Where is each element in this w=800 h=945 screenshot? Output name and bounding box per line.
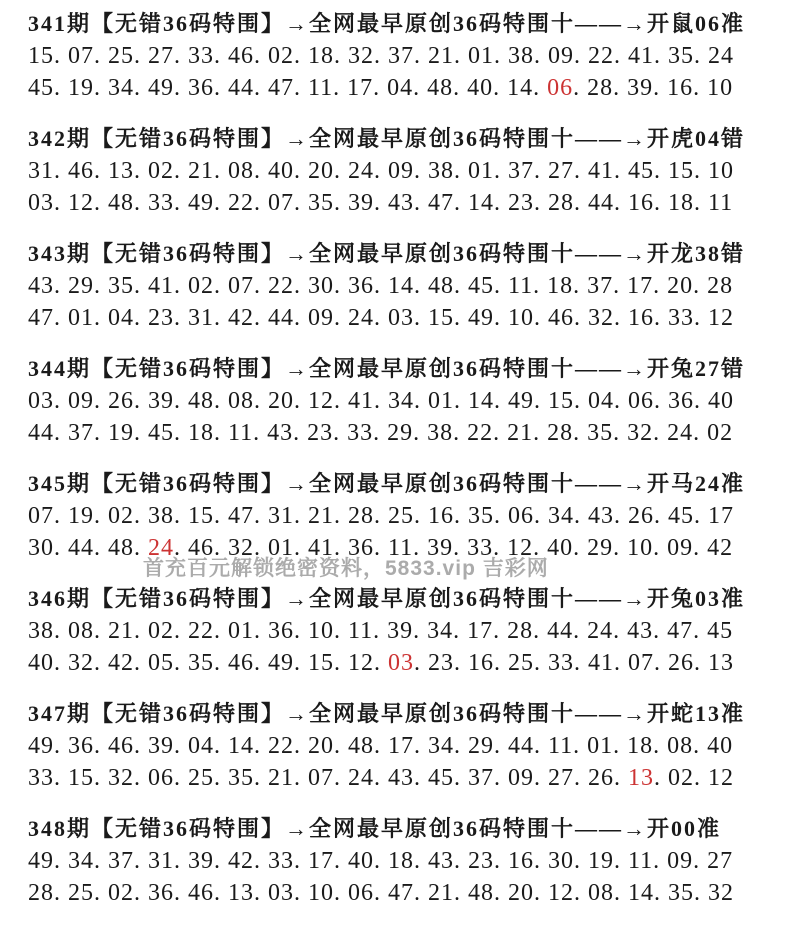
number: 45 [707,618,733,644]
number: 34 [427,618,453,644]
number: 26 [628,503,654,529]
number: 09 [548,43,574,69]
number: 18 [627,733,653,759]
block-title: 【无错36码特围】 [91,356,285,381]
number: 17 [467,618,493,644]
arrow-separator: →全网最早原创36码特围十——→ [285,586,647,611]
number: 24 [587,618,613,644]
number: 09 [388,158,414,184]
prediction-block-list: 341期【无错36码特围】→全网最早原创36码特围十——→开鼠06准15. 07… [28,8,790,909]
number: 16 [428,503,454,529]
number: 17 [627,273,653,299]
number: 35 [587,420,613,446]
number: 09 [308,305,334,331]
number: 40 [547,535,573,561]
number: 29 [68,273,94,299]
period-label: 341期 [28,11,91,36]
draw-result: 开兔03准 [647,586,745,611]
number: 47 [667,618,693,644]
number: 31 [268,503,294,529]
number: 13 [708,650,734,676]
draw-result: 开00准 [647,816,721,841]
number: 45 [468,273,494,299]
prediction-block: 347期【无错36码特围】→全网最早原创36码特围十——→开蛇13准49. 36… [28,698,790,794]
number: 31 [28,158,54,184]
number: 11 [708,190,733,216]
number: 15 [668,158,694,184]
number: 33 [188,43,214,69]
number: 04 [588,388,614,414]
number: 05 [148,650,174,676]
number: 20 [667,273,693,299]
number: 24 [708,43,734,69]
number: 44 [228,75,254,101]
number: 16 [508,848,534,874]
number: 36 [148,880,174,906]
number: 24 [667,420,693,446]
number: 48 [188,388,214,414]
number: 42 [228,305,254,331]
number: 30 [548,848,574,874]
number: 49 [508,388,534,414]
number: 44 [68,535,94,561]
number: 43 [28,273,54,299]
number: 07 [228,273,254,299]
number: 14 [468,190,494,216]
number: 01 [587,733,613,759]
number: 36 [268,618,294,644]
arrow-separator: →全网最早原创36码特围十——→ [285,11,647,36]
number: 25 [108,43,134,69]
number: 47 [268,75,294,101]
number: 21 [188,158,214,184]
number: 20 [308,158,334,184]
number: 21 [507,420,533,446]
number: 41 [348,388,374,414]
number: 16 [667,75,693,101]
prediction-block: 346期【无错36码特围】→全网最早原创36码特围十——→开兔03准38. 08… [28,583,790,679]
number: 40 [708,388,734,414]
number: 34 [388,388,414,414]
winning-number: 06 [547,75,573,101]
number: 15 [68,765,94,791]
number: 38 [28,618,54,644]
number-row: 47. 01. 04. 23. 31. 42. 44. 09. 24. 03. … [28,302,790,334]
draw-result: 开兔27错 [647,356,745,381]
number: 42 [108,650,134,676]
number: 49 [188,190,214,216]
number: 34 [428,733,454,759]
block-header: 341期【无错36码特围】→全网最早原创36码特围十——→开鼠06准 [28,8,790,40]
number: 06 [508,503,534,529]
period-label: 345期 [28,471,91,496]
number: 43 [428,848,454,874]
number: 39 [148,733,174,759]
number: 32 [108,765,134,791]
number: 45 [428,765,454,791]
number: 35 [108,273,134,299]
number: 13 [228,880,254,906]
number: 46 [228,43,254,69]
number: 22 [268,273,294,299]
number-row: 31. 46. 13. 02. 21. 08. 40. 20. 24. 09. … [28,155,790,187]
number: 48 [468,880,494,906]
number: 06 [148,765,174,791]
number: 23 [508,190,534,216]
number: 08 [588,880,614,906]
number: 02 [148,618,174,644]
number: 28 [587,75,613,101]
number-row: 03. 09. 26. 39. 48. 08. 20. 12. 41. 34. … [28,385,790,417]
number: 07 [68,43,94,69]
number: 38 [508,43,534,69]
draw-result: 开龙38错 [647,241,745,266]
number: 40 [348,848,374,874]
block-title: 【无错36码特围】 [91,816,285,841]
number: 16 [628,305,654,331]
number: 29 [587,535,613,561]
number: 26 [588,765,614,791]
number: 06 [348,880,374,906]
block-title: 【无错36码特围】 [91,241,285,266]
period-label: 344期 [28,356,91,381]
period-label: 348期 [28,816,91,841]
number: 36 [188,75,214,101]
number: 02 [108,880,134,906]
number: 14 [228,733,254,759]
number: 29 [468,733,494,759]
number: 26 [668,650,694,676]
number: 25 [508,650,534,676]
draw-result: 开虎04错 [647,126,745,151]
number: 21 [308,503,334,529]
number: 21 [428,43,454,69]
number: 46 [228,650,254,676]
block-header: 347期【无错36码特围】→全网最早原创36码特围十——→开蛇13准 [28,698,790,730]
number: 35 [188,650,214,676]
number: 40 [28,650,54,676]
number: 35 [668,880,694,906]
number: 01 [68,305,94,331]
number: 49 [28,848,54,874]
number: 10 [708,158,734,184]
number: 12 [708,765,734,791]
number: 33 [148,190,174,216]
number: 37 [388,43,414,69]
number: 15 [308,650,334,676]
number: 14 [468,388,494,414]
number: 41 [148,273,174,299]
number: 48 [348,733,374,759]
number: 02 [707,420,733,446]
number: 45 [628,158,654,184]
number: 25 [188,765,214,791]
number: 18 [308,43,334,69]
block-title: 【无错36码特围】 [91,471,285,496]
number: 39 [348,190,374,216]
block-title: 【无错36码特围】 [91,701,285,726]
number: 39 [188,848,214,874]
arrow-separator: →全网最早原创36码特围十——→ [285,701,647,726]
number: 21 [268,765,294,791]
number: 11 [228,420,253,446]
period-label: 343期 [28,241,91,266]
number: 15 [28,43,54,69]
number: 17 [308,848,334,874]
number: 24 [348,158,374,184]
number-row: 40. 32. 42. 05. 35. 46. 49. 15. 12. 03. … [28,647,790,679]
number: 11 [548,733,573,759]
number: 38 [427,420,453,446]
number: 28 [348,503,374,529]
block-header: 345期【无错36码特围】→全网最早原创36码特围十——→开马24准 [28,468,790,500]
number: 04 [188,733,214,759]
number: 16 [628,190,654,216]
number: 32 [708,880,734,906]
number: 23 [148,305,174,331]
number: 23 [428,650,454,676]
number: 49 [468,305,494,331]
number: 28 [707,273,733,299]
number: 41 [628,43,654,69]
block-header: 346期【无错36码特围】→全网最早原创36码特围十——→开兔03准 [28,583,790,615]
number: 03 [28,190,54,216]
block-title: 【无错36码特围】 [91,586,285,611]
number: 28 [507,618,533,644]
block-title: 【无错36码特围】 [91,11,285,36]
number: 02 [268,43,294,69]
number: 47 [388,880,414,906]
number: 43 [388,765,414,791]
number: 07 [28,503,54,529]
number-row: 28. 25. 02. 36. 46. 13. 03. 10. 06. 47. … [28,877,790,909]
number: 11 [348,618,373,644]
number: 18 [668,190,694,216]
number: 28 [547,420,573,446]
number: 37 [108,848,134,874]
number: 37 [587,273,613,299]
number: 24 [348,305,374,331]
number: 48 [108,535,134,561]
block-header: 343期【无错36码特围】→全网最早原创36码特围十——→开龙38错 [28,238,790,270]
number: 48 [108,190,134,216]
number: 46 [108,733,134,759]
arrow-separator: →全网最早原创36码特围十——→ [285,356,647,381]
number: 11 [628,848,653,874]
number: 34 [548,503,574,529]
winning-number: 03 [388,650,414,676]
number: 08 [667,733,693,759]
period-label: 342期 [28,126,91,151]
number: 09 [667,848,693,874]
number: 34 [108,75,134,101]
number: 27 [707,848,733,874]
number: 39 [148,388,174,414]
number: 33 [668,305,694,331]
number: 21 [428,880,454,906]
number: 49 [148,75,174,101]
number: 25 [68,880,94,906]
number: 32 [588,305,614,331]
number: 01 [468,43,494,69]
number: 35 [228,765,254,791]
number: 32 [348,43,374,69]
number: 10 [627,535,653,561]
number-row: 07. 19. 02. 38. 15. 47. 31. 21. 28. 25. … [28,500,790,532]
number: 32 [627,420,653,446]
number: 28 [28,880,54,906]
number: 06 [628,388,654,414]
number: 09 [667,535,693,561]
number: 41 [588,158,614,184]
prediction-block: 348期【无错36码特围】→全网最早原创36码特围十——→开00准49. 34.… [28,813,790,909]
number: 47 [28,305,54,331]
number: 38 [148,503,174,529]
number: 34 [68,848,94,874]
number: 40 [467,75,493,101]
number: 01 [428,388,454,414]
number-row: 45. 19. 34. 49. 36. 44. 47. 11. 17. 04. … [28,72,790,104]
number: 38 [428,158,454,184]
number: 24 [348,765,374,791]
number: 17 [388,733,414,759]
number-row: 49. 36. 46. 39. 04. 14. 22. 20. 48. 17. … [28,730,790,762]
number: 16 [468,650,494,676]
block-header: 348期【无错36码特围】→全网最早原创36码特围十——→开00准 [28,813,790,845]
block-header: 344期【无错36码特围】→全网最早原创36码特围十——→开兔27错 [28,353,790,385]
number: 31 [148,848,174,874]
watermark-text: 首充百元解锁绝密资料，5833.vip 吉彩网 [143,552,549,582]
prediction-block: 341期【无错36码特围】→全网最早原创36码特围十——→开鼠06准15. 07… [28,8,790,104]
number: 10 [707,75,733,101]
number: 20 [268,388,294,414]
arrow-separator: →全网最早原创36码特围十——→ [285,126,647,151]
number: 44 [28,420,54,446]
number: 04 [387,75,413,101]
number: 47 [428,190,454,216]
number: 08 [228,388,254,414]
number: 18 [188,420,214,446]
period-label: 346期 [28,586,91,611]
number: 44 [588,190,614,216]
number-row: 33. 15. 32. 06. 25. 35. 21. 07. 24. 43. … [28,762,790,794]
number: 03 [388,305,414,331]
number: 08 [228,158,254,184]
number: 20 [508,880,534,906]
number: 33 [268,848,294,874]
number: 30 [308,273,334,299]
number: 25 [388,503,414,529]
number: 29 [387,420,413,446]
number: 12 [68,190,94,216]
number: 40 [268,158,294,184]
number: 18 [388,848,414,874]
number: 36 [68,733,94,759]
number: 02 [668,765,694,791]
number: 42 [228,848,254,874]
number: 22 [588,43,614,69]
number: 35 [468,503,494,529]
number: 20 [308,733,334,759]
number: 41 [588,650,614,676]
block-header: 342期【无错36码特围】→全网最早原创36码特围十——→开虎04错 [28,123,790,155]
number: 14 [388,273,414,299]
number: 39 [627,75,653,101]
number: 27 [548,158,574,184]
number: 43 [388,190,414,216]
number-row: 15. 07. 25. 27. 33. 46. 02. 18. 32. 37. … [28,40,790,72]
number: 43 [588,503,614,529]
number: 08 [68,618,94,644]
number: 22 [188,618,214,644]
number: 02 [108,503,134,529]
number: 43 [627,618,653,644]
number: 30 [28,535,54,561]
number: 07 [268,190,294,216]
winning-number: 13 [628,765,654,791]
number: 12 [708,305,734,331]
number: 48 [427,75,453,101]
number: 17 [708,503,734,529]
number: 09 [68,388,94,414]
draw-result: 开马24准 [647,471,745,496]
arrow-separator: →全网最早原创36码特围十——→ [285,241,647,266]
number: 01 [468,158,494,184]
number: 33 [347,420,373,446]
number: 03 [28,388,54,414]
number: 10 [508,305,534,331]
number: 44 [547,618,573,644]
number-row: 44. 37. 19. 45. 18. 11. 43. 23. 33. 29. … [28,417,790,449]
number: 09 [508,765,534,791]
prediction-block: 343期【无错36码特围】→全网最早原创36码特围十——→开龙38错43. 29… [28,238,790,334]
number: 14 [628,880,654,906]
number: 12 [308,388,334,414]
number: 04 [108,305,134,331]
number: 49 [28,733,54,759]
number: 39 [387,618,413,644]
number: 14 [507,75,533,101]
number: 17 [347,75,373,101]
number: 28 [548,190,574,216]
number: 11 [508,273,533,299]
number: 35 [308,190,334,216]
number-row: 43. 29. 35. 41. 02. 07. 22. 30. 36. 14. … [28,270,790,302]
number: 22 [228,190,254,216]
number: 46 [68,158,94,184]
number: 27 [548,765,574,791]
number: 43 [267,420,293,446]
number-row: 49. 34. 37. 31. 39. 42. 33. 17. 40. 18. … [28,845,790,877]
number: 19 [68,75,94,101]
number: 37 [468,765,494,791]
number: 19 [588,848,614,874]
number: 19 [108,420,134,446]
number: 11 [308,75,333,101]
number: 36 [668,388,694,414]
number: 23 [468,848,494,874]
number: 19 [68,503,94,529]
number: 48 [428,273,454,299]
number: 46 [188,880,214,906]
number: 13 [108,158,134,184]
number: 37 [508,158,534,184]
number: 07 [308,765,334,791]
number: 15 [188,503,214,529]
number: 10 [308,880,334,906]
number: 02 [148,158,174,184]
period-label: 347期 [28,701,91,726]
